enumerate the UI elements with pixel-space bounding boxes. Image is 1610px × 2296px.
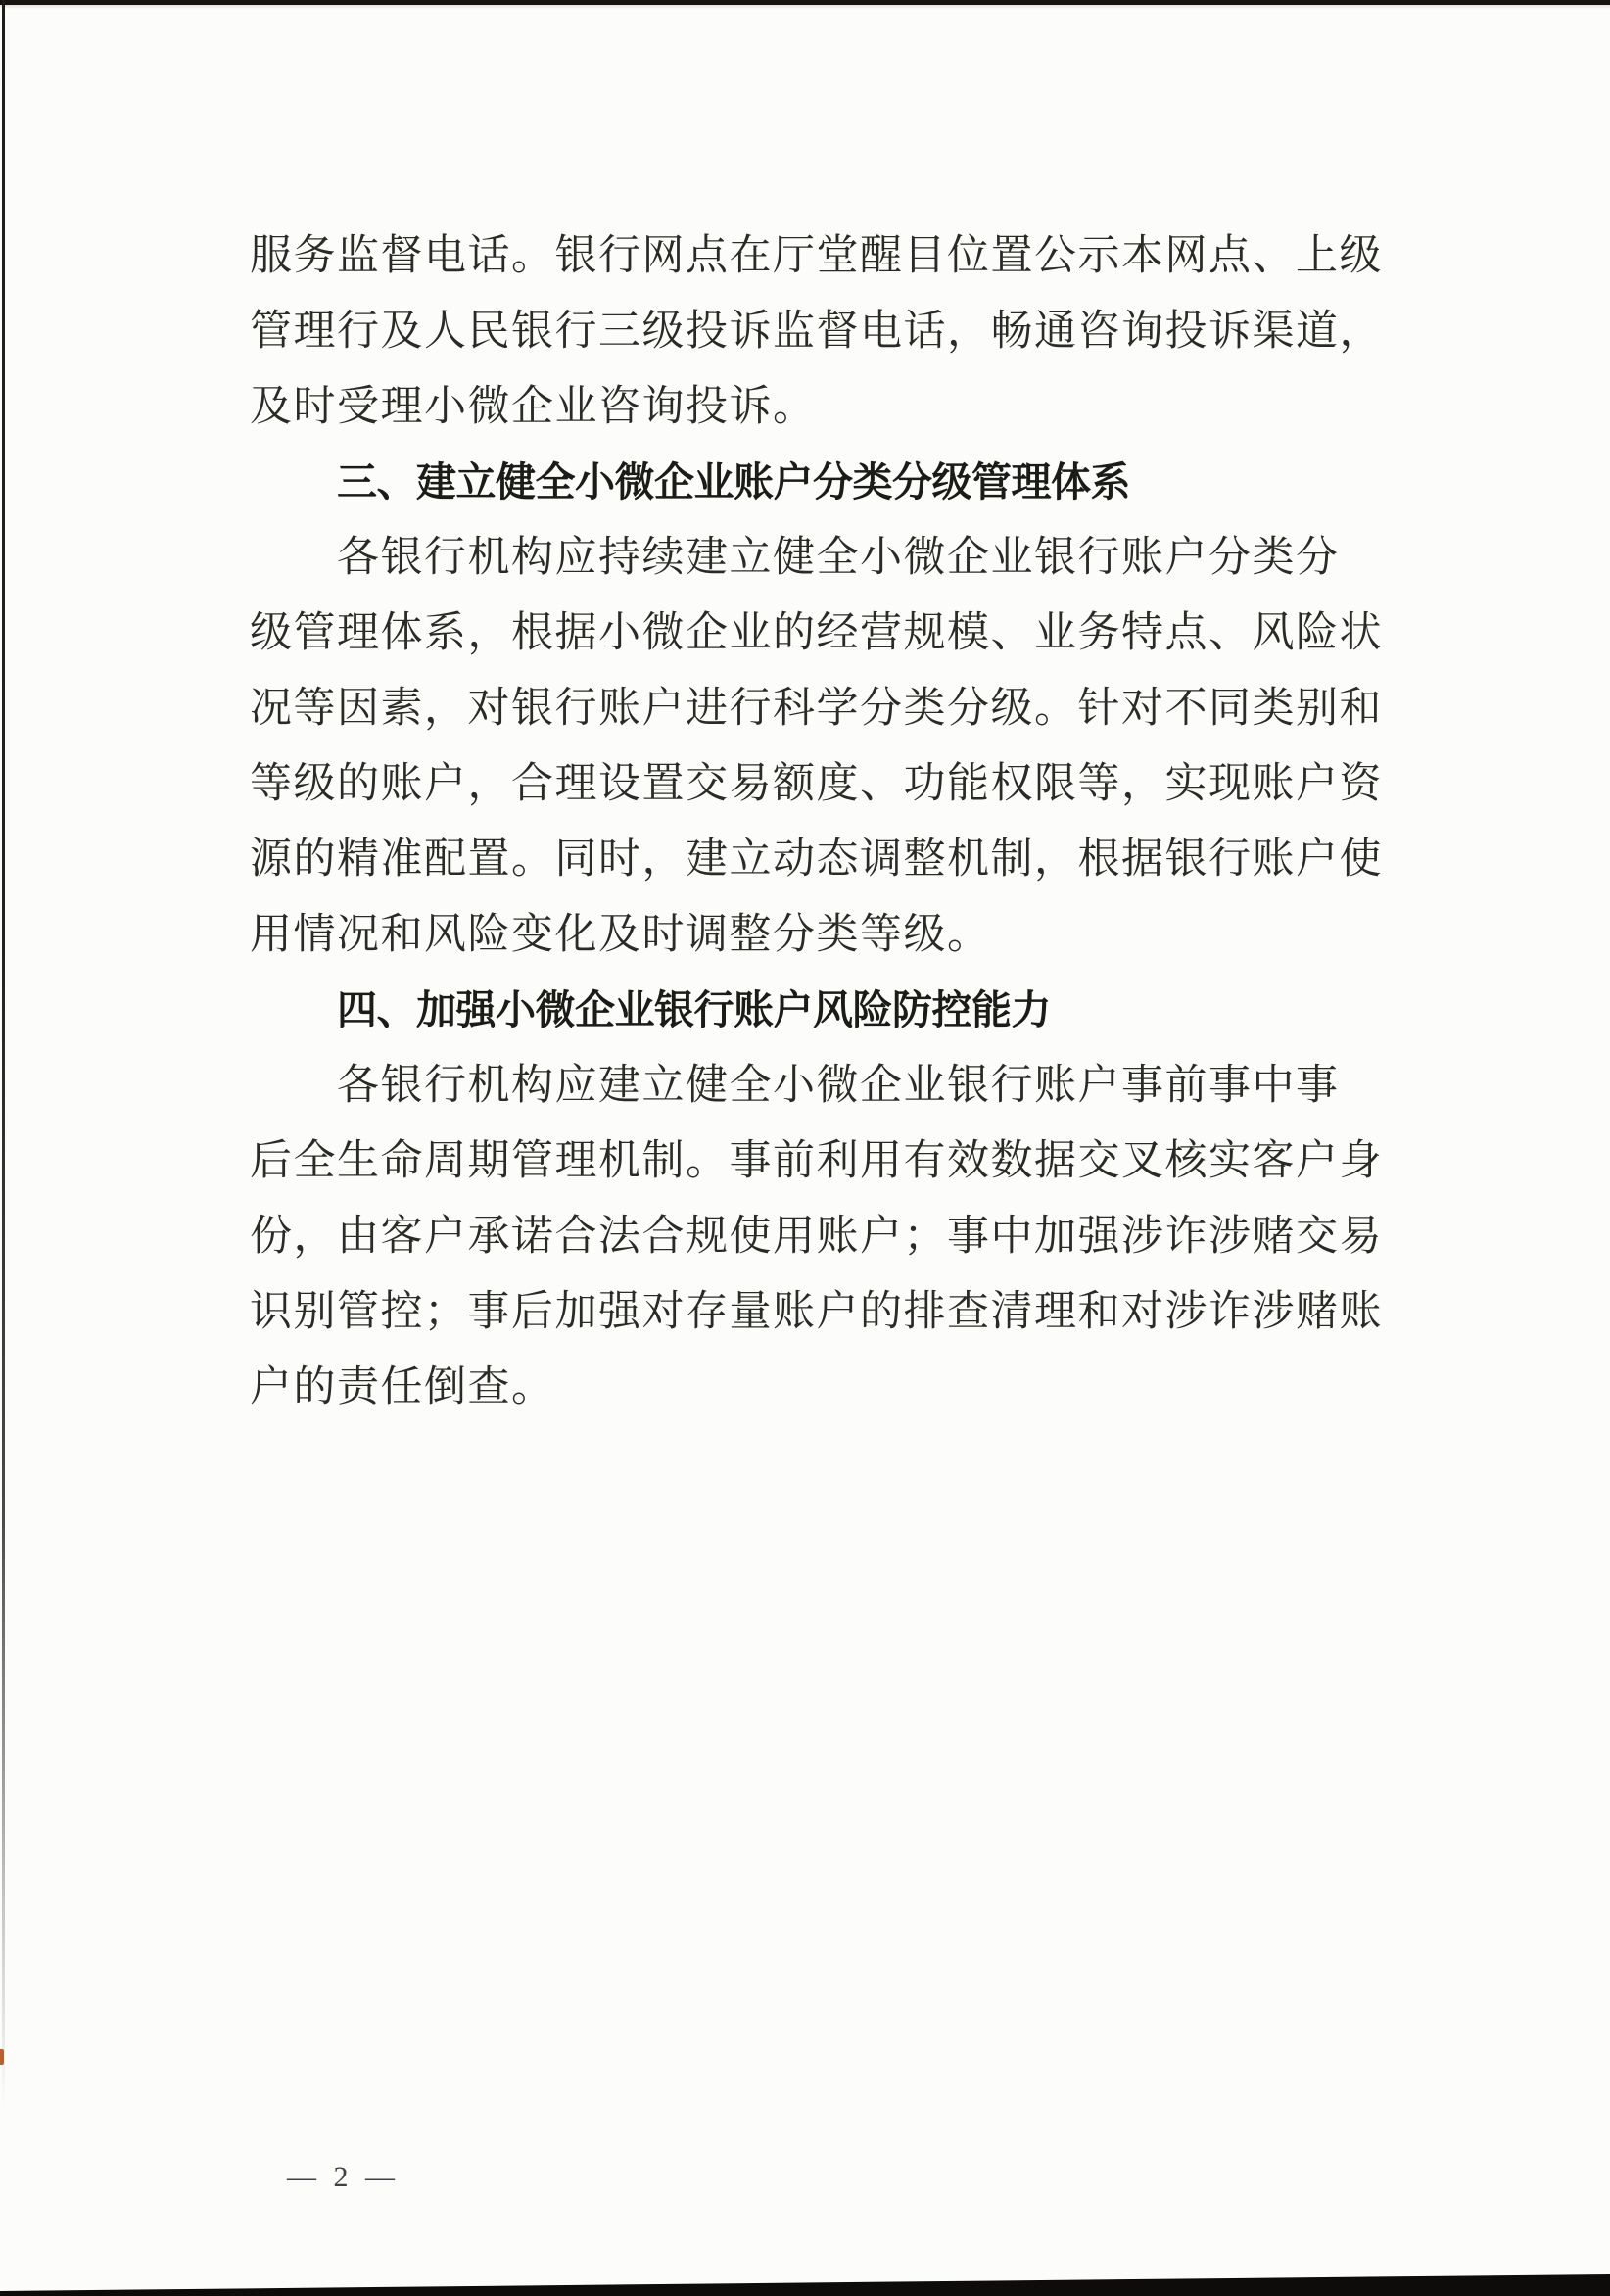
scan-edge-top [0, 0, 1610, 5]
body-text-line: 服务监督电话。银行网点在厅堂醒目位置公示本网点、上级 [250, 215, 1390, 290]
body-text-line: 份，由客户承诺合法合规使用账户；事中加强涉诈涉赌交易 [250, 1195, 1390, 1270]
body-text-line: 级管理体系，根据小微企业的经营规模、业务特点、风险状 [250, 592, 1390, 667]
scan-orange-mark [0, 2049, 4, 2065]
scan-edge-bottom [0, 2255, 1610, 2296]
page-number: — 2 — [287, 2161, 400, 2193]
body-text-line: 后全生命周期管理机制。事前利用有效数据交叉核实客户身 [250, 1120, 1390, 1195]
page-footer: — 2 — [238, 2128, 400, 2227]
body-text-line: 等级的账户，合理设置交易额度、功能权限等，实现账户资 [250, 742, 1390, 818]
body-text-line: 管理行及人民银行三级投诉监督电话，畅通咨询投诉渠道， [250, 290, 1390, 365]
body-text-line: 源的精准配置。同时，建立动态调整机制，根据银行账户使 [250, 818, 1390, 893]
body-text-line: 用情况和风险变化及时调整分类等级。 [250, 893, 1390, 969]
body-text-line: 及时受理小微企业咨询投诉。 [250, 365, 1390, 441]
document-body: 服务监督电话。银行网点在厅堂醒目位置公示本网点、上级管理行及人民银行三级投诉监督… [250, 215, 1390, 1421]
section-heading: 三、建立健全小微企业账户分类分级管理体系 [250, 441, 1390, 516]
body-text-line: 各银行机构应持续建立健全小微企业银行账户分类分 [250, 516, 1390, 592]
section-heading: 四、加强小微企业银行账户风险防控能力 [250, 969, 1390, 1044]
body-text-line: 况等因素，对银行账户进行科学分类分级。针对不同类别和 [250, 667, 1390, 742]
body-text-line: 识别管控；事后加强对存量账户的排查清理和对涉诈涉赌账 [250, 1270, 1390, 1346]
body-text-line: 户的责任倒查。 [250, 1346, 1390, 1421]
body-text-line: 各银行机构应建立健全小微企业银行账户事前事中事 [250, 1044, 1390, 1120]
scan-edge-left [2, 0, 5, 2108]
scanned-document-page: 服务监督电话。银行网点在厅堂醒目位置公示本网点、上级管理行及人民银行三级投诉监督… [0, 0, 1610, 2296]
